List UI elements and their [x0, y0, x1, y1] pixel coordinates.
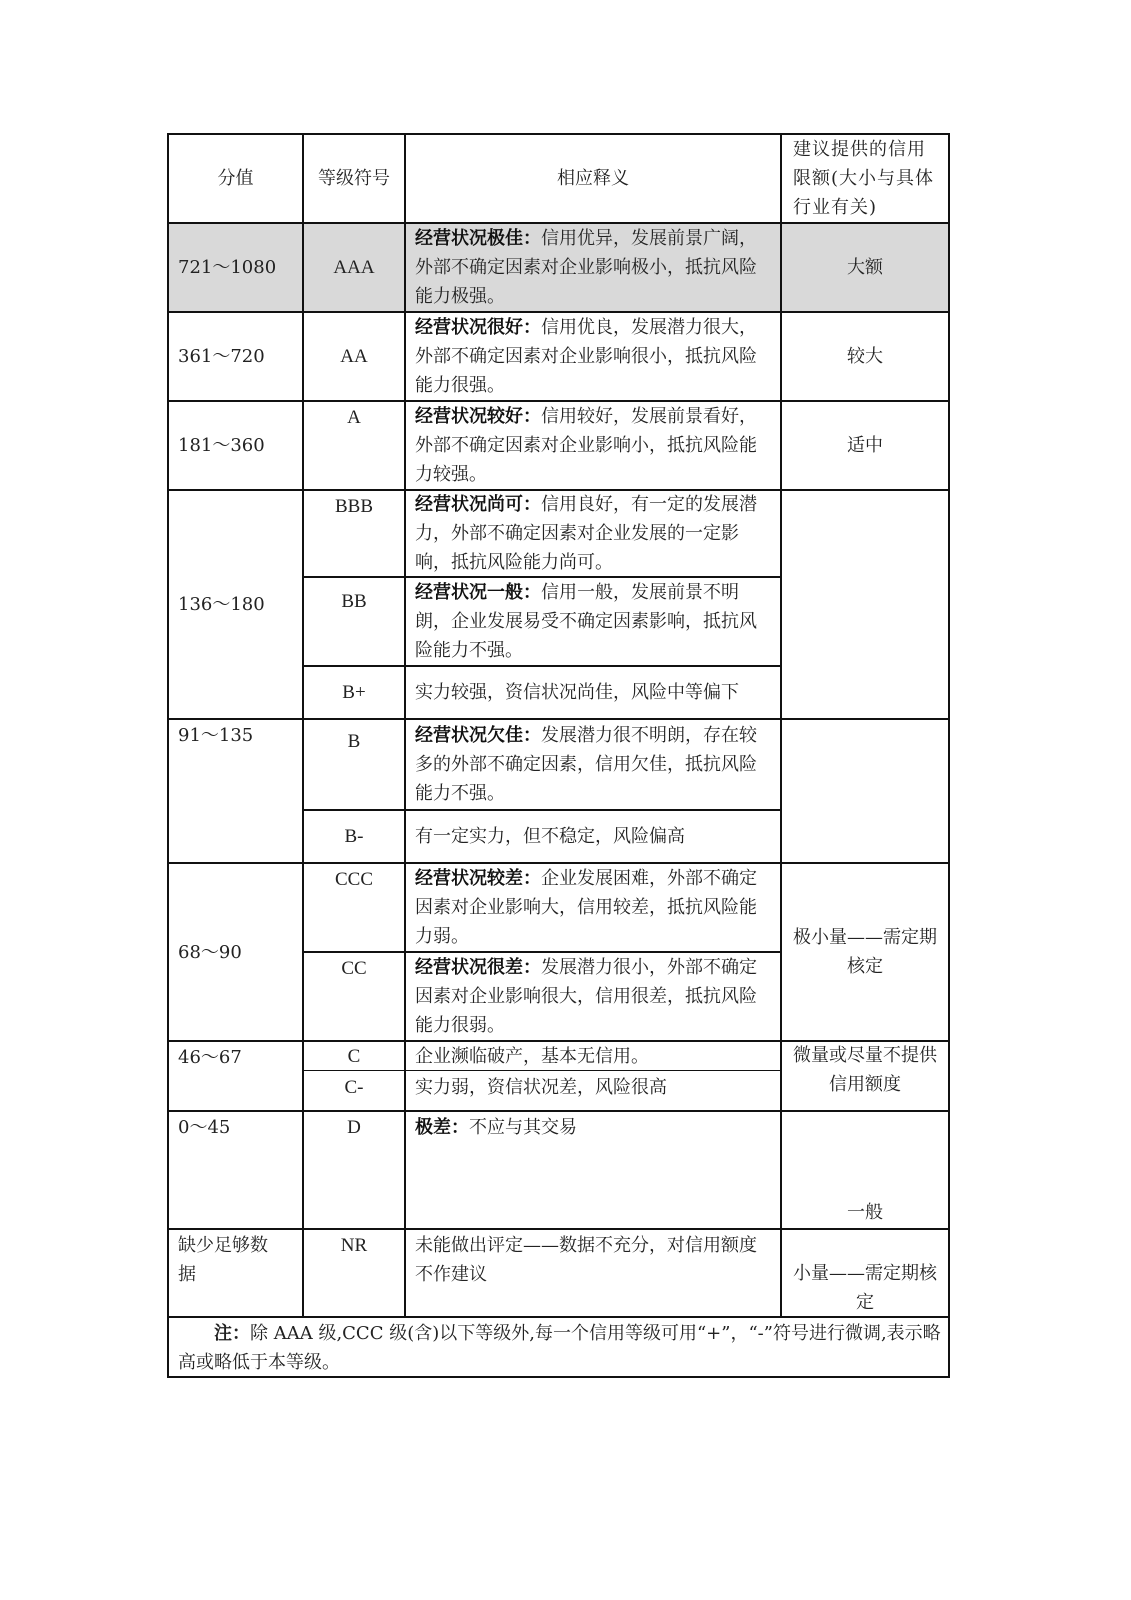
grade-cell: AAA: [303, 223, 405, 312]
row-divider: [168, 400, 950, 402]
meaning-cell: 经营状况较好：信用较好，发展前景看好，外部不确定因素对企业影响小，抵抗风险能力较…: [405, 401, 781, 490]
credit-limit-cell: 一般: [781, 1111, 949, 1229]
grade-cell: C: [303, 1041, 405, 1071]
column-divider: [302, 133, 304, 1318]
meaning-cell: 有一定实力，但不稳定，风险偏高: [405, 810, 781, 863]
grade-cell: B-: [303, 810, 405, 863]
header-grade: 等级符号: [303, 134, 405, 223]
row-divider: [168, 1040, 950, 1042]
row-divider: [168, 718, 950, 720]
meaning-cell: 实力较强，资信状况尚佳，风险中等偏下: [405, 666, 781, 719]
header-meaning: 相应释义: [405, 134, 781, 223]
row-divider: [303, 665, 781, 667]
score-cell: 721～1080: [168, 223, 303, 312]
meaning-cell: 极差：不应与其交易: [405, 1111, 781, 1229]
grade-cell: BBB: [303, 490, 405, 577]
credit-limit-cell: 小量——需定期核定: [781, 1229, 949, 1317]
meaning-cell: 经营状况尚可：信用良好，有一定的发展潜力，外部不确定因素对企业发展的一定影响，抵…: [405, 490, 781, 577]
grade-cell: CC: [303, 952, 405, 1041]
grade-cell: CCC: [303, 863, 405, 952]
grade-cell: A: [303, 401, 405, 490]
meaning-cell: 经营状况较差：企业发展困难，外部不确定因素对企业影响大，信用较差，抵抗风险能力弱…: [405, 863, 781, 952]
credit-limit-cell: [781, 490, 949, 719]
column-divider: [780, 133, 782, 1318]
row-divider: [303, 809, 781, 811]
meaning-cell: 企业濒临破产，基本无信用。: [405, 1041, 781, 1071]
row-divider: [168, 311, 950, 313]
score-cell: 46～67: [168, 1041, 303, 1111]
credit-limit-cell: 极小量——需定期核定: [781, 863, 949, 1041]
row-divider: [168, 222, 950, 224]
document-page: 分值 等级符号 相应释义 建议提供的信用限额(大小与具体行业有关) 721～10…: [0, 0, 1131, 1600]
table-note: 注：除 AAA 级,CCC 级(含)以下等级外,每一个信用等级可用“+”，“-”…: [168, 1317, 949, 1377]
row-divider: [168, 862, 950, 864]
border-left: [167, 133, 169, 1378]
grade-cell: BB: [303, 577, 405, 666]
score-cell: 91～135: [168, 719, 303, 863]
meaning-cell: 经营状况极佳：信用优异，发展前景广阔，外部不确定因素对企业影响极小，抵抗风险能力…: [405, 223, 781, 312]
score-cell: 0～45: [168, 1111, 303, 1229]
meaning-cell: 实力弱，资信状况差，风险很高: [405, 1071, 781, 1111]
row-divider: [168, 1110, 950, 1112]
meaning-cell: 经营状况一般：信用一般，发展前景不明朗，企业发展易受不确定因素影响，抵抗风险能力…: [405, 577, 781, 666]
header-score: 分值: [168, 134, 303, 223]
border-bottom: [168, 1376, 950, 1378]
score-cell: 68～90: [168, 863, 303, 1041]
grade-cell: B: [303, 719, 405, 810]
row-divider: [303, 576, 781, 578]
note-text: 除 AAA 级,CCC 级(含)以下等级外,每一个信用等级可用“+”，“-”符号…: [178, 1323, 941, 1373]
border-top: [168, 133, 950, 135]
credit-limit-cell: [781, 719, 949, 863]
score-cell: 181～360: [168, 401, 303, 490]
row-divider: [168, 1316, 950, 1318]
meaning-cell: 经营状况很差：发展潜力很小，外部不确定因素对企业影响很大，信用很差，抵抗风险能力…: [405, 952, 781, 1041]
grade-cell: D: [303, 1111, 405, 1229]
meaning-cell: 经营状况很好：信用优良，发展潜力很大，外部不确定因素对企业影响很小，抵抗风险能力…: [405, 312, 781, 401]
credit-limit-cell: 大额: [781, 223, 949, 312]
meaning-cell: 经营状况欠佳：发展潜力很不明朗，存在较多的外部不确定因素，信用欠佳，抵抗风险能力…: [405, 719, 781, 810]
header-credit-limit: 建议提供的信用限额(大小与具体行业有关): [781, 134, 949, 223]
row-divider: [303, 951, 781, 953]
border-right: [948, 133, 950, 1378]
column-divider: [404, 133, 406, 1318]
score-cell: 361～720: [168, 312, 303, 401]
credit-limit-cell: 微量或尽量不提供信用额度: [781, 1041, 949, 1111]
row-divider: [168, 489, 950, 491]
score-cell: 136～180: [168, 490, 303, 719]
note-label: 注：: [214, 1323, 250, 1344]
grade-cell: B+: [303, 666, 405, 719]
score-cell: 缺少足够数据: [168, 1229, 303, 1317]
grade-cell: AA: [303, 312, 405, 401]
row-divider: [303, 1070, 781, 1071]
row-divider: [168, 1228, 950, 1230]
credit-limit-cell: 适中: [781, 401, 949, 490]
meaning-cell: 未能做出评定——数据不充分，对信用额度不作建议: [405, 1229, 781, 1317]
grade-cell: C-: [303, 1071, 405, 1111]
credit-limit-cell: 较大: [781, 312, 949, 401]
grade-cell: NR: [303, 1229, 405, 1317]
